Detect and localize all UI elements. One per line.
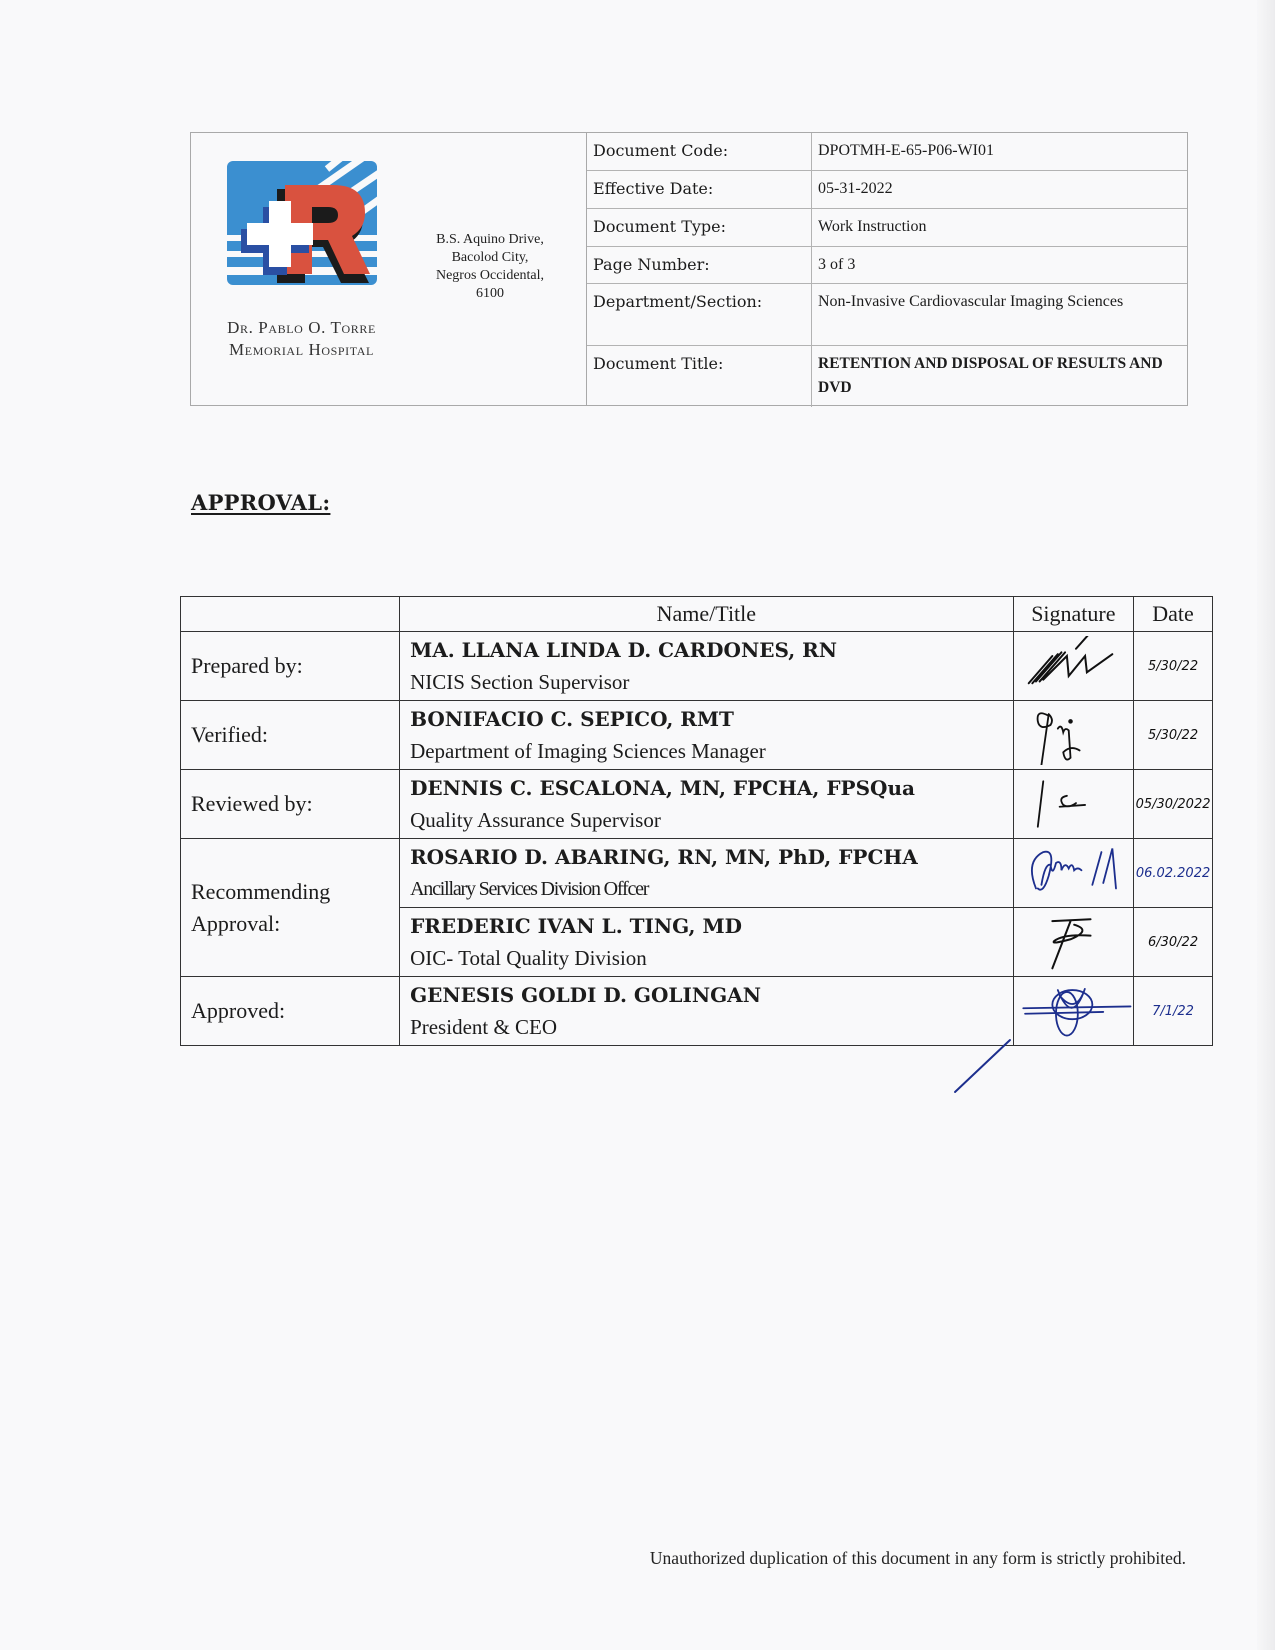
role-label: Recommending Approval: [181,839,400,977]
signature-cell [1013,977,1133,1046]
signature-date: 7/1/22 [1134,977,1213,1046]
signature-cell [1013,770,1133,839]
signatory-name: GENESIS GOLDI D. GOLINGAN [410,979,1003,1011]
approval-row-reviewed: Reviewed by: DENNIS C. ESCALONA, MN, FPC… [181,770,1213,839]
signature-column-header: Signature [1013,597,1133,632]
signature-date: 05/30/2022 [1134,770,1213,839]
handwritten-signature-icon [1014,774,1133,834]
role-label-text: Recommending Approval: [191,879,330,936]
approval-row-approved: Approved: GENESIS GOLDI D. GOLINGAN Pres… [181,977,1213,1046]
signatory: GENESIS GOLDI D. GOLINGAN President & CE… [400,977,1014,1046]
signature-cell [1013,908,1133,977]
address-line: B.S. Aquino Drive, [415,231,565,249]
approval-table: Name/Title Signature Date Prepared by: M… [180,596,1213,1046]
signatory-title: President & CEO [410,1011,1003,1043]
signatory-title: OIC- Total Quality Division [410,942,1003,974]
document-metadata-table: Document Code: DPOTMH-E-65-P06-WI01 Effe… [587,133,1187,407]
handwritten-signature-icon [1014,912,1133,972]
date-column-header: Date [1134,597,1213,632]
signature-cell [1013,632,1133,701]
signature-date-text: 7/1/22 [1152,1004,1194,1019]
signature-date: 5/30/22 [1134,701,1213,770]
address-line: Bacolod City, [415,249,565,267]
hospital-identity: Dr. Pablo O. Torre Memorial Hospital B.S… [191,133,587,405]
approval-row-prepared: Prepared by: MA. LLANA LINDA D. CARDONES… [181,632,1213,701]
handwritten-signature-icon [1014,636,1133,696]
hospital-address: B.S. Aquino Drive, Bacolod City, Negros … [415,231,565,303]
signature-date-text: 5/30/22 [1148,728,1198,743]
role-label: Approved: [181,977,400,1046]
signatory-title: NICIS Section Supervisor [410,666,1003,698]
document-code-label: Document Code: [587,133,812,170]
metadata-row: Document Type: Work Instruction [587,208,1187,246]
role-label: Prepared by: [181,632,400,701]
signatory-name: BONIFACIO C. SEPICO, RMT [410,703,1003,735]
signature-date-text: 6/30/22 [1148,935,1198,950]
signatory-name: MA. LLANA LINDA D. CARDONES, RN [410,634,1003,666]
document-type-label: Document Type: [587,208,812,246]
signatory-name: DENNIS C. ESCALONA, MN, FPCHA, FPSQua [410,772,1003,804]
metadata-row: Document Title: RETENTION AND DISPOSAL O… [587,345,1187,407]
role-column-header [181,597,400,632]
scanned-page-edge [1257,0,1275,1650]
signature-date-text: 06.02.2022 [1136,866,1210,881]
approval-row-verified: Verified: BONIFACIO C. SEPICO, RMT Depar… [181,701,1213,770]
hospital-name-line-2: Memorial Hospital [199,339,404,361]
signatory-title: Department of Imaging Sciences Manager [410,735,1003,767]
metadata-row: Document Code: DPOTMH-E-65-P06-WI01 [587,133,1187,170]
department-section-value: Non-Invasive Cardiovascular Imaging Scie… [812,283,1188,345]
signatory-title: Quality Assurance Supervisor [410,804,1003,836]
hospital-name-line-1: Dr. Pablo O. Torre [199,317,404,339]
duplication-notice: Unauthorized duplication of this documen… [546,1548,1186,1569]
page-number-value: 3 of 3 [812,246,1188,283]
hospital-name: Dr. Pablo O. Torre Memorial Hospital [199,317,404,361]
effective-date-label: Effective Date: [587,170,812,208]
handwritten-signature-icon [1014,705,1133,765]
document-title-value: RETENTION AND DISPOSAL OF RESULTS AND DV… [812,345,1188,407]
page-number-label: Page Number: [587,246,812,283]
document-type-value: Work Instruction [812,208,1188,246]
document-header: Dr. Pablo O. Torre Memorial Hospital B.S… [190,132,1188,406]
signature-cell [1013,701,1133,770]
metadata-row: Department/Section: Non-Invasive Cardiov… [587,283,1187,345]
address-line: Negros Occidental, [415,267,565,285]
address-line: 6100 [415,285,565,303]
approval-table-header: Name/Title Signature Date [181,597,1213,632]
signature-date-text: 05/30/2022 [1136,797,1211,812]
signature-date: 06.02.2022 [1134,839,1213,908]
document-title-label: Document Title: [587,345,812,407]
approval-row-recommending-1: Recommending Approval: ROSARIO D. ABARIN… [181,839,1213,908]
signatory: DENNIS C. ESCALONA, MN, FPCHA, FPSQua Qu… [400,770,1014,839]
signature-date-text: 5/30/22 [1148,659,1198,674]
metadata-row: Page Number: 3 of 3 [587,246,1187,283]
effective-date-value: 05-31-2022 [812,170,1188,208]
signatory-name: ROSARIO D. ABARING, RN, MN, PhD, FPCHA [410,841,1003,873]
signatory: ROSARIO D. ABARING, RN, MN, PhD, FPCHA A… [400,839,1014,908]
signature-cell [1013,839,1133,908]
signature-date: 6/30/22 [1134,908,1213,977]
approval-heading: APPROVAL: [191,490,330,515]
signatory: FREDERIC IVAN L. TING, MD OIC- Total Qua… [400,908,1014,977]
signatory: MA. LLANA LINDA D. CARDONES, RN NICIS Se… [400,632,1014,701]
role-label: Reviewed by: [181,770,400,839]
metadata-row: Effective Date: 05-31-2022 [587,170,1187,208]
handwritten-signature-icon [1014,843,1133,903]
signatory-title: Ancillary Services Division Offcer [410,873,1003,905]
role-label: Verified: [181,701,400,770]
signatory-name: FREDERIC IVAN L. TING, MD [410,910,1003,942]
signature-date: 5/30/22 [1134,632,1213,701]
handwritten-signature-icon [1014,981,1133,1041]
department-section-label: Department/Section: [587,283,812,345]
document-code-value: DPOTMH-E-65-P06-WI01 [812,133,1188,170]
signatory: BONIFACIO C. SEPICO, RMT Department of I… [400,701,1014,770]
name-title-column-header: Name/Title [400,597,1014,632]
hospital-cross-r-logo-icon [227,161,385,291]
